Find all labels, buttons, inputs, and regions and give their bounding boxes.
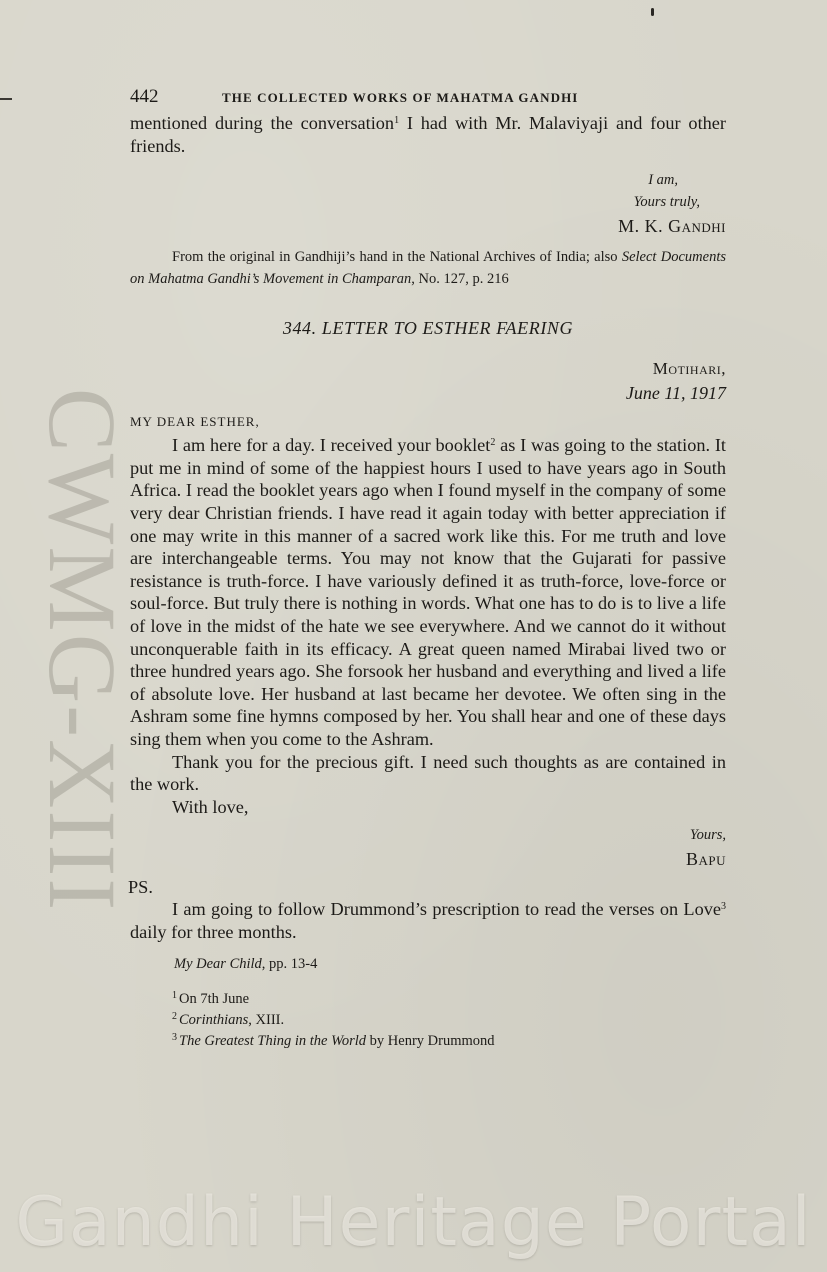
scan-edge-mark — [0, 98, 12, 100]
signature-initials: M. K. — [618, 216, 668, 236]
ps-paragraph: I am going to follow Drummond’s prescrip… — [130, 898, 726, 943]
signature-name: Gandhi — [668, 216, 726, 236]
signature-mk-gandhi: M. K. Gandhi — [130, 213, 726, 239]
with-love: With love, — [172, 796, 726, 819]
closing-yours-truly: Yours truly, — [130, 191, 726, 213]
running-header: 442 THE COLLECTED WORKS OF MAHATMA GANDH… — [130, 86, 726, 112]
page-content: 442 THE COLLECTED WORKS OF MAHATMA GANDH… — [130, 86, 726, 1052]
source-note-previous: From the original in Gandhiji’s hand in … — [130, 246, 726, 290]
footnote-italic: Corinthians — [179, 1012, 248, 1028]
letter-place: Motihari, — [130, 356, 726, 382]
footnote-text: On 7th June — [179, 991, 249, 1007]
ps-label: PS. — [128, 876, 726, 898]
volume-watermark: CWMG-XIII — [34, 388, 130, 913]
ps-text-a: I am going to follow Drummond’s prescrip… — [172, 899, 721, 919]
source-title-my-dear-child: My Dear Child — [174, 956, 262, 972]
source-suffix: , No. 127, p. 216 — [411, 271, 508, 287]
previous-letter-ending: mentioned during the conversation1 I had… — [130, 112, 726, 157]
salutation: MY DEAR ESTHER, — [130, 410, 726, 434]
footnote-ref-3[interactable]: 3 — [721, 901, 726, 912]
footnote-1: 1On 7th June — [172, 989, 726, 1010]
footnote-text: , XIII. — [248, 1012, 284, 1028]
ps-text-b: daily for three months. — [130, 922, 297, 942]
source-prefix: From the original in Gandhiji’s hand in … — [172, 249, 622, 265]
signature-bapu: Bapu — [130, 846, 726, 872]
source-pages: , pp. 13-4 — [262, 956, 318, 972]
footnotes: 1On 7th June 2Corinthians, XIII. 3The Gr… — [172, 989, 726, 1052]
running-title: THE COLLECTED WORKS OF MAHATMA GANDHI — [222, 90, 578, 106]
closing-yours: Yours, — [130, 824, 726, 846]
footnote-3: 3The Greatest Thing in the World by Henr… — [172, 1031, 726, 1052]
letter-paragraph-1: I am here for a day. I received your boo… — [130, 434, 726, 750]
source-note-letter: My Dear Child, pp. 13-4 — [174, 953, 726, 975]
footnote-number: 1 — [172, 990, 177, 1001]
letter-title: 344. LETTER TO ESTHER FAERING — [130, 318, 726, 348]
previous-letter-text: mentioned during the conversation — [130, 113, 394, 133]
footnote-italic: The Greatest Thing in the World — [179, 1033, 366, 1049]
closing-i-am: I am, — [130, 169, 726, 191]
para1-text-b: as I was going to the station. It put me… — [130, 435, 726, 749]
para1-text-a: I am here for a day. I received your boo… — [172, 435, 490, 455]
letter-paragraph-2: Thank you for the precious gift. I need … — [130, 751, 726, 796]
scan-speck — [651, 8, 654, 16]
page-number: 442 — [130, 86, 222, 108]
portal-watermark: Gandhi Heritage Portal — [0, 1183, 827, 1262]
footnote-2: 2Corinthians, XIII. — [172, 1010, 726, 1031]
footnote-number: 2 — [172, 1011, 177, 1022]
footnote-text: by Henry Drummond — [366, 1033, 494, 1049]
letter-date: June 11, 1917 — [130, 382, 726, 404]
footnote-number: 3 — [172, 1032, 177, 1043]
